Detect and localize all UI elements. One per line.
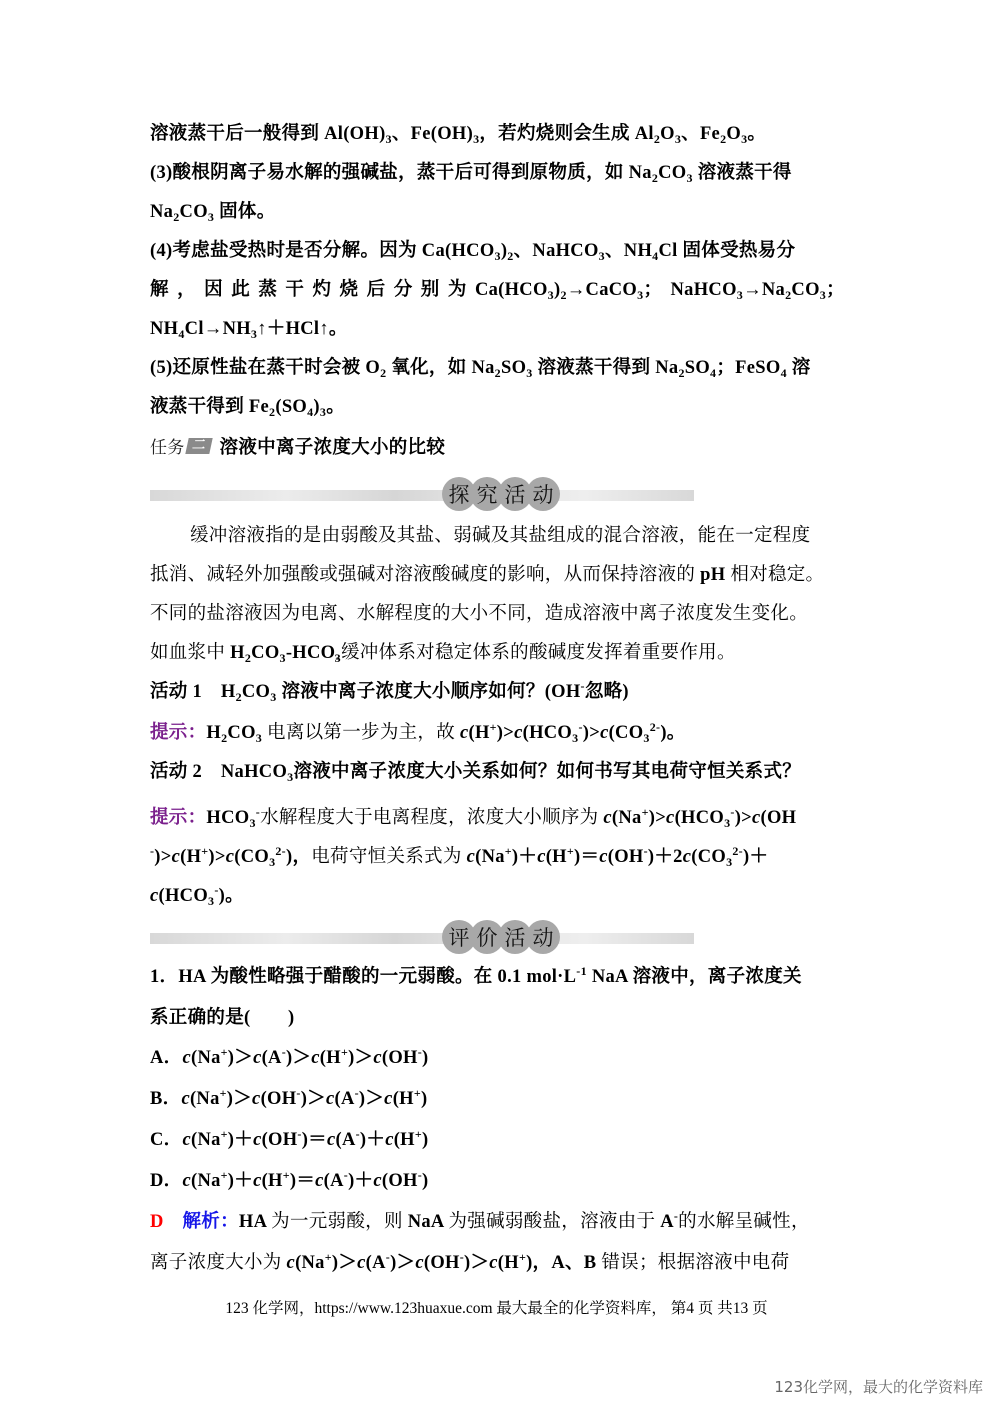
activity2-question: 活动 2 NaHCO3溶液中离子浓度大小关系如何？如何书写其电荷守恒关系式？ <box>150 760 801 784</box>
banner-bar <box>150 490 694 501</box>
question1-stem-line-1: 1．HA 为酸性略强于醋酸的一元弱酸。在 0.1 mol·L-1 NaA 溶液中… <box>150 965 802 989</box>
task-number-badge: 二 <box>185 438 212 454</box>
activity1-question: 活动 1 H2CO3 溶液中离子浓度大小顺序如何？(OH-忽略) <box>150 680 629 704</box>
activity1-hint: 提示：H2CO3 电离以第一步为主，故 c(H+)>c(HCO3-)>c(CO3… <box>150 721 686 745</box>
activity2-label: 活动 2 <box>150 762 202 782</box>
option-c[interactable]: C．c(Na+)＋c(OH-)＝c(A-)＋c(H+) <box>150 1128 428 1152</box>
hint-label: 提示： <box>150 723 206 743</box>
task-heading: 任务二 溶液中离子浓度大小的比较 <box>150 436 445 460</box>
text-line-3: Na2CO3 固体。 <box>150 200 276 224</box>
task-label: 任务 <box>150 438 185 458</box>
text-line-7: (5)还原性盐在蒸干时会被 O2 氧化，如 Na2SO3 溶液蒸干得到 Na2S… <box>150 356 811 380</box>
answer-key: D <box>150 1212 164 1232</box>
hint-label: 提示： <box>150 808 206 828</box>
intro-line-1: 缓冲溶液指的是由弱酸及其盐、弱碱及其盐组成的混合溶液，能在一定程度 <box>190 524 810 548</box>
intro-line-2: 抵消、减轻外加强酸或强碱对溶液酸碱度的影响，从而保持溶液的 pH 相对稳定。 <box>150 563 824 587</box>
banner-char: 动 <box>526 477 560 511</box>
text-line-4: (4)考虑盐受热时是否分解。因为 Ca(HCO3)2、NaHCO3、NH4Cl … <box>150 239 795 263</box>
activity2-hint-line-2: -)>c(H+)>c(CO32-)，电荷守恒关系式为 c(Na+)＋c(H+)＝… <box>150 845 768 869</box>
activity1-label: 活动 1 <box>150 682 202 702</box>
analysis-label: 解析： <box>182 1212 238 1232</box>
evaluate-activity-banner: 评 价 活 动 <box>150 918 694 958</box>
text-line-1: 溶液蒸干后一般得到 Al(OH)3、Fe(OH)3，若灼烧则会生成 Al2O3、… <box>150 122 766 146</box>
option-a[interactable]: A．c(Na+)＞c(A-)＞c(H+)＞c(OH-) <box>150 1046 428 1070</box>
banner-bar <box>150 933 694 944</box>
activity2-hint-line-1: 提示：HCO3-水解程度大于电离程度，浓度大小顺序为 c(Na+)>c(HCO3… <box>150 806 796 830</box>
task-title: 溶液中离子浓度大小的比较 <box>220 437 446 458</box>
text-line-5: 解，因此蒸干灼烧后分别为Ca(HCO3)2→CaCO3；NaHCO3→Na2CO… <box>150 278 845 302</box>
intro-line-4: 如血浆中 H2CO3-HCO-3缓冲体系对稳定体系的酸碱度发挥着重要作用。 <box>150 641 736 665</box>
text-line-6: NH4Cl→NH3↑＋HCl↑。 <box>150 317 348 341</box>
page-footer: 123 化学网，https://www.123huaxue.com 最大最全的化… <box>0 1296 993 1318</box>
text-line-8: 液蒸干得到 Fe2(SO4)3。 <box>150 395 345 419</box>
explore-activity-banner: 探 究 活 动 <box>150 475 694 515</box>
analysis-line-2: 离子浓度大小为 c(Na+)＞c(A-)＞c(OH-)＞c(H+)，A、B 错误… <box>150 1251 789 1275</box>
intro-line-3: 不同的盐溶液因为电离、水解程度的大小不同，造成溶液中离子浓度发生变化。 <box>150 602 808 626</box>
site-watermark: 123化学网，最大的化学资料库 <box>774 1376 983 1397</box>
activity2-hint-line-3: c(HCO3-)。 <box>150 884 244 908</box>
banner-char: 动 <box>526 920 560 954</box>
option-b[interactable]: B．c(Na+)＞c(OH-)＞c(A-)＞c(H+) <box>150 1087 427 1111</box>
text-line-2: (3)酸根阴离子易水解的强碱盐，蒸干后可得到原物质，如 Na2CO3 溶液蒸干得 <box>150 161 792 185</box>
analysis-line-1: D 解析：HA 为一元弱酸，则 NaA 为强碱弱酸盐，溶液由于 A-的水解呈碱性… <box>150 1210 810 1234</box>
question1-stem-line-2: 系正确的是( ) <box>150 1006 295 1030</box>
option-d[interactable]: D．c(Na+)＋c(H+)＝c(A-)＋c(OH-) <box>150 1169 428 1193</box>
